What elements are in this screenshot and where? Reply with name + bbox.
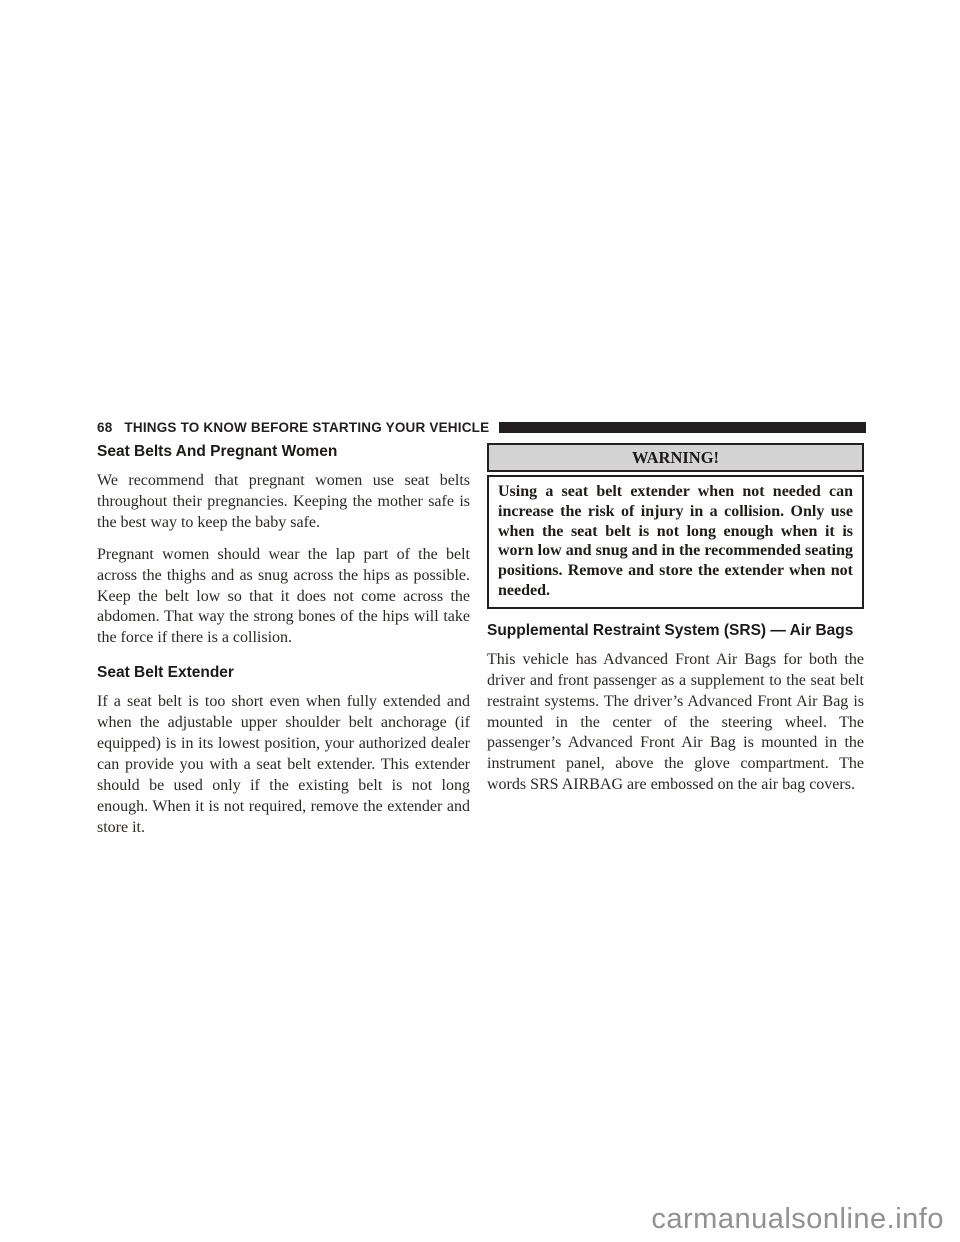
paragraph-pregnant-2: Pregnant women should wear the lap part … (97, 545, 470, 650)
manual-page: 68 THINGS TO KNOW BEFORE STARTING YOUR V… (0, 0, 960, 1242)
section-heading-pregnant-women: Seat Belts And Pregnant Women (97, 443, 470, 461)
right-column: WARNING! Using a seat belt extender when… (487, 443, 864, 807)
section-heading-seat-belt-extender: Seat Belt Extender (97, 664, 470, 682)
left-column: Seat Belts And Pregnant Women We recomme… (97, 443, 470, 850)
warning-box-body: Using a seat belt extender when not need… (487, 475, 864, 609)
section-heading-srs-air-bags: Supplemental Restraint System (SRS) — Ai… (487, 622, 864, 640)
warning-box: WARNING! Using a seat belt extender when… (487, 443, 864, 609)
paragraph-pregnant-1: We recommend that pregnant women use sea… (97, 471, 470, 534)
paragraph-srs-1: This vehicle has Advanced Front Air Bags… (487, 650, 864, 796)
page-number: 68 (97, 420, 112, 435)
watermark-text: carmanualsonline.info (651, 1203, 944, 1236)
running-header: 68 THINGS TO KNOW BEFORE STARTING YOUR V… (97, 420, 866, 435)
header-rule-bar (499, 422, 866, 433)
warning-box-title: WARNING! (487, 443, 864, 472)
paragraph-extender-1: If a seat belt is too short even when fu… (97, 692, 470, 838)
chapter-title: THINGS TO KNOW BEFORE STARTING YOUR VEHI… (124, 420, 489, 435)
